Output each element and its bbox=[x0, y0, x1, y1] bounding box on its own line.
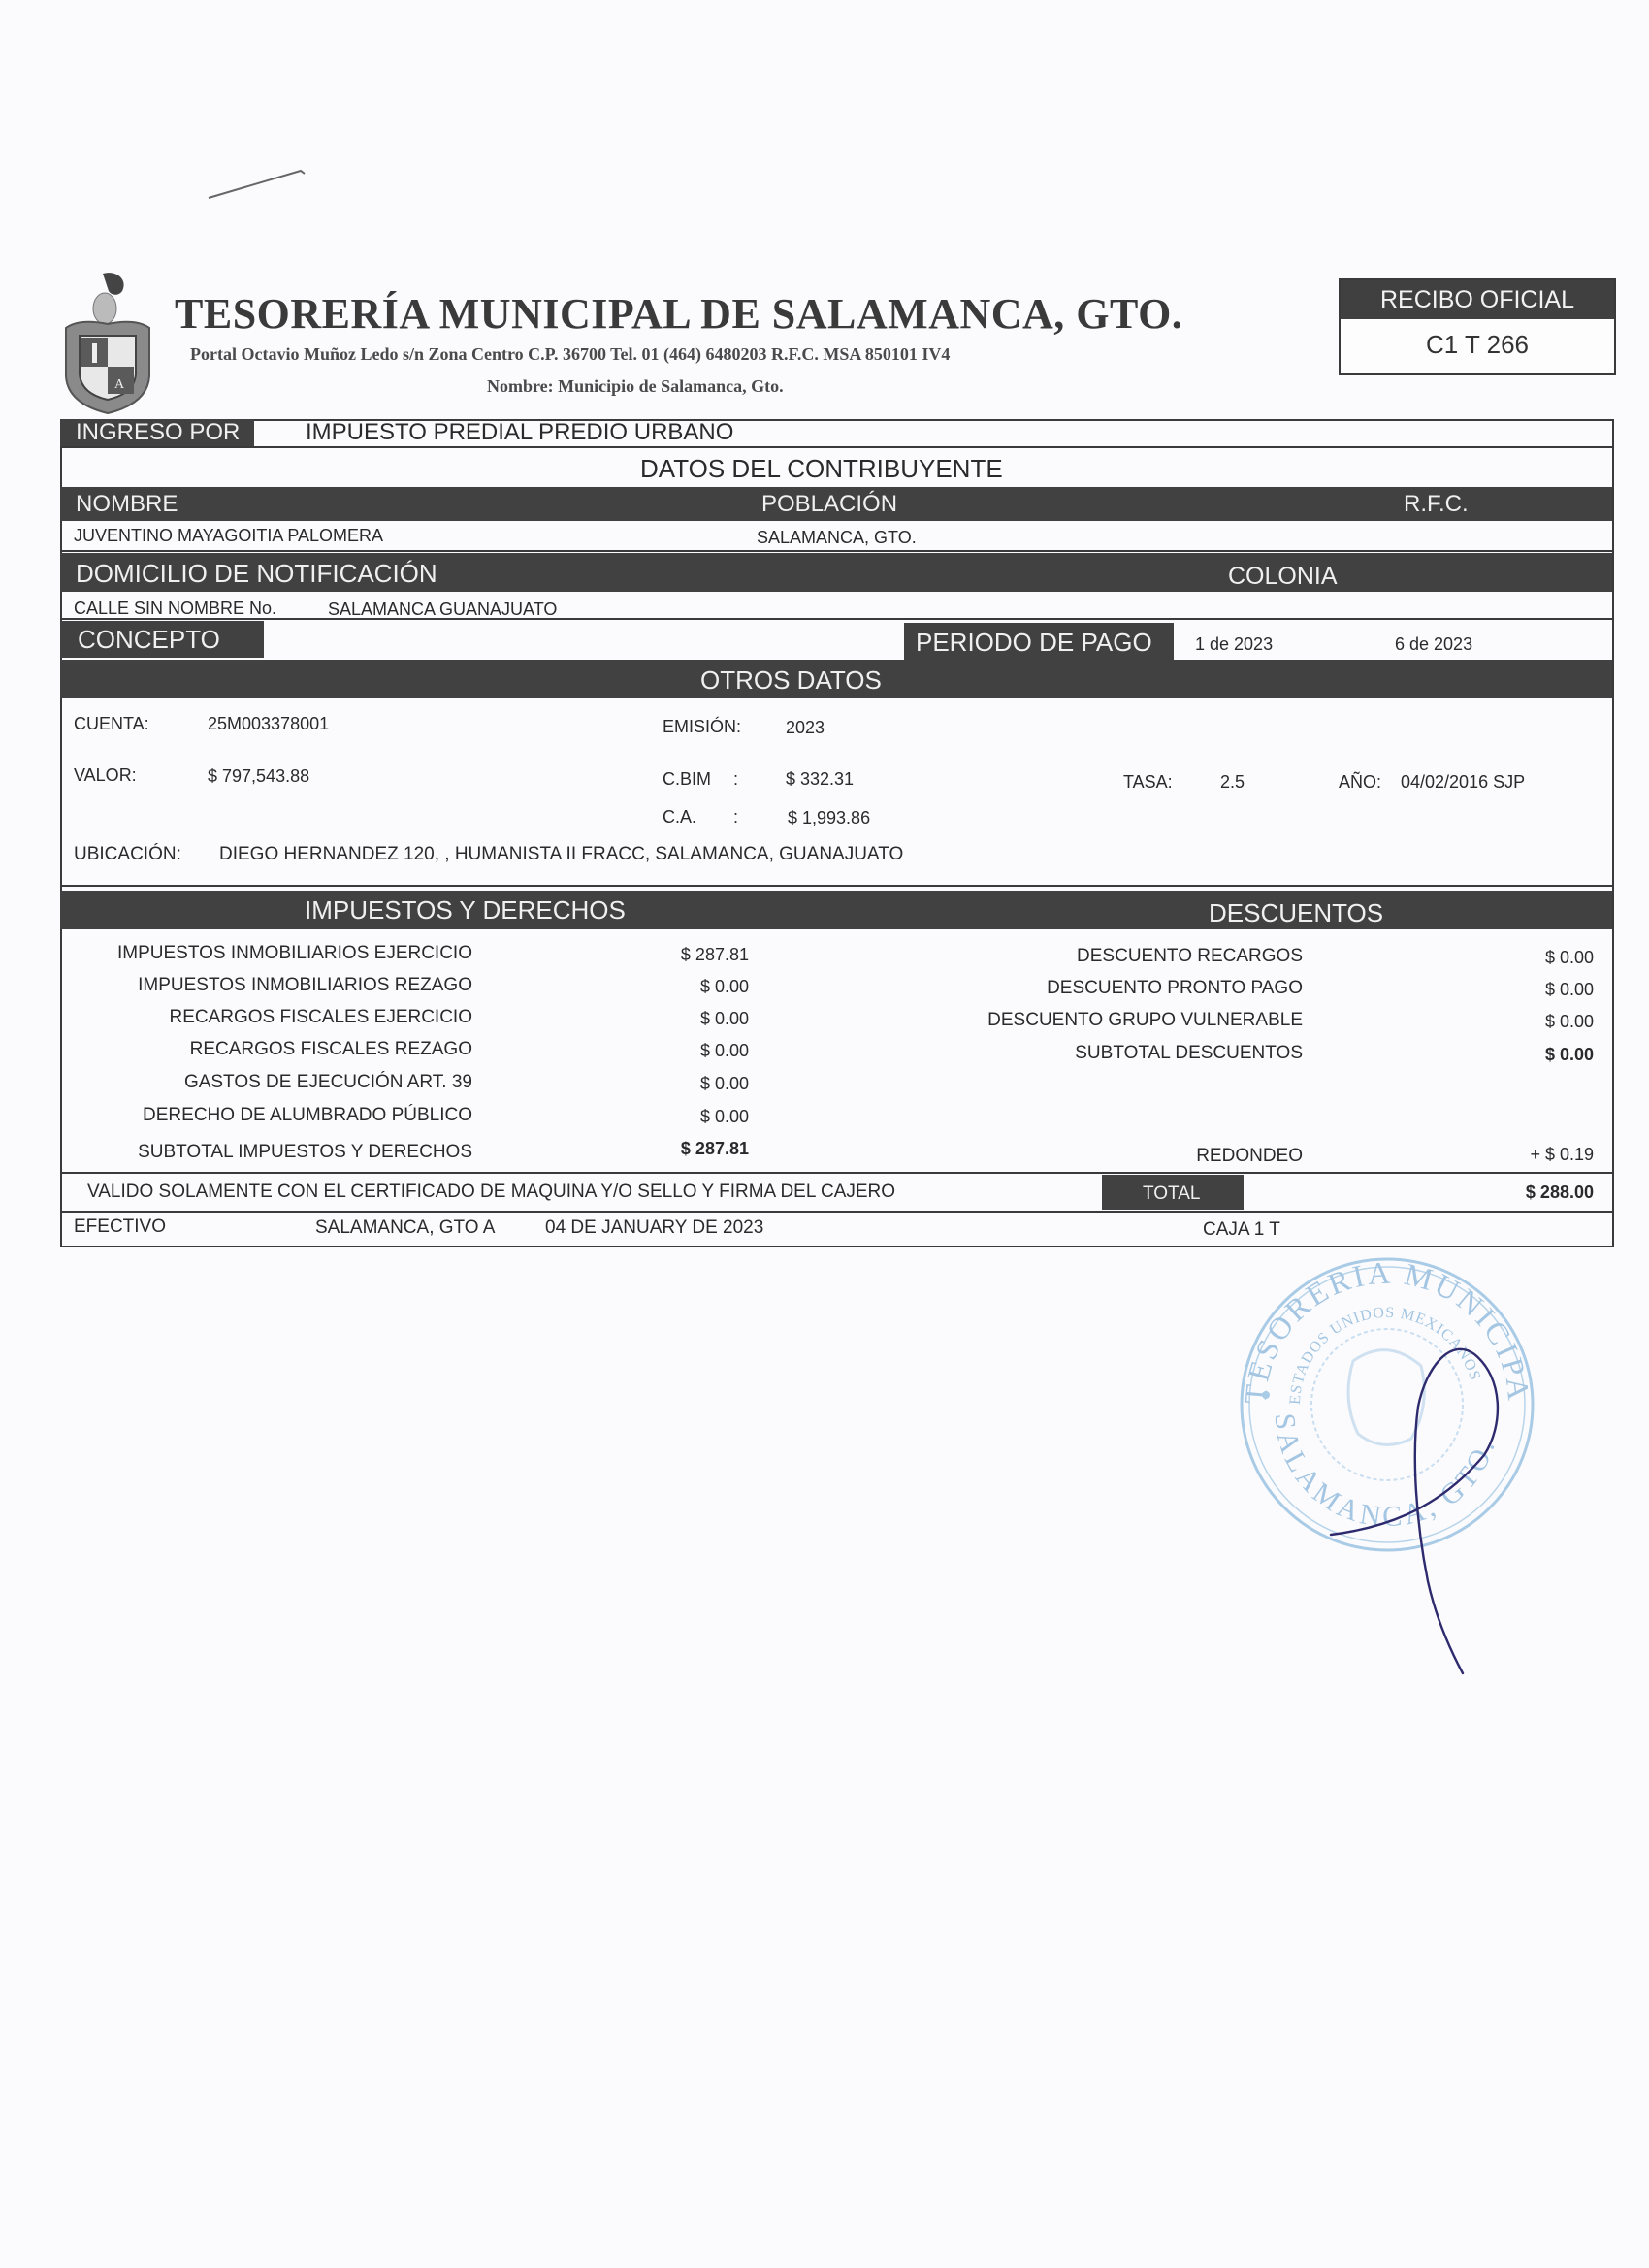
pen-mark bbox=[204, 165, 310, 204]
cashier-signature bbox=[1212, 1232, 1571, 1678]
descuento-amount: $ 0.00 bbox=[1545, 1012, 1594, 1032]
impuesto-amount: $ 0.00 bbox=[700, 1107, 749, 1127]
impuesto-label: RECARGOS FISCALES REZAGO bbox=[190, 1039, 472, 1060]
ca-value: $ 1,993.86 bbox=[788, 808, 870, 828]
periodo-label-cell: PERIODO DE PAGO bbox=[904, 623, 1174, 660]
descuento-label: DESCUENTO GRUPO VULNERABLE bbox=[987, 1010, 1303, 1031]
descuentos-title: DESCUENTOS bbox=[1209, 898, 1383, 928]
otros-datos-title: OTROS DATOS bbox=[700, 665, 882, 696]
otros-datos-header-bar: OTROS DATOS bbox=[60, 660, 1612, 698]
treasury-address: Portal Octavio Muñoz Ledo s/n Zona Centr… bbox=[190, 344, 950, 365]
impuesto-label: IMPUESTOS INMOBILIARIOS REZAGO bbox=[138, 975, 472, 996]
poblacion-value: SALAMANCA, GTO. bbox=[757, 528, 917, 548]
payment-method: EFECTIVO bbox=[74, 1216, 166, 1238]
cbim-value: $ 332.31 bbox=[786, 769, 854, 790]
total-label: TOTAL bbox=[1143, 1183, 1200, 1205]
descuento-amount: $ 0.00 bbox=[1545, 980, 1594, 1000]
impuesto-label: GASTOS DE EJECUCIÓN ART. 39 bbox=[184, 1072, 472, 1093]
validity-note: VALIDO SOLAMENTE CON EL CERTIFICADO DE M… bbox=[87, 1182, 895, 1203]
periodo-label: PERIODO DE PAGO bbox=[916, 628, 1152, 658]
ingreso-label: INGRESO POR bbox=[76, 419, 240, 446]
descuentos-subtotal-label: SUBTOTAL DESCUENTOS bbox=[1075, 1043, 1303, 1064]
impuesto-label: IMPUESTOS INMOBILIARIOS EJERCICIO bbox=[117, 943, 472, 964]
cuenta-value: 25M003378001 bbox=[208, 714, 329, 734]
receipt-box: RECIBO OFICIAL C1 T 266 bbox=[1339, 278, 1616, 375]
ubicacion-value: DIEGO HERNANDEZ 120, , HUMANISTA II FRAC… bbox=[219, 844, 903, 865]
descuento-label: DESCUENTO PRONTO PAGO bbox=[1047, 978, 1303, 999]
total-value: $ 288.00 bbox=[1526, 1183, 1594, 1203]
descuento-amount: $ 0.00 bbox=[1545, 948, 1594, 968]
ingreso-label-cell: INGRESO POR bbox=[60, 419, 254, 446]
redondeo-label: REDONDEO bbox=[1196, 1146, 1303, 1167]
anio-label: AÑO: bbox=[1339, 772, 1381, 793]
cbim-label: C.BIM bbox=[663, 769, 711, 790]
receipt-date: 04 DE JANUARY DE 2023 bbox=[545, 1217, 763, 1239]
ingreso-value: IMPUESTO PREDIAL PREDIO URBANO bbox=[306, 419, 733, 446]
nombre-header-bar: NOMBRE POBLACIÓN R.F.C. bbox=[60, 487, 1612, 521]
cbim-sep: : bbox=[733, 769, 738, 790]
svg-text:A: A bbox=[114, 377, 125, 392]
valor-value: $ 797,543.88 bbox=[208, 766, 309, 787]
redondeo-value: + $ 0.19 bbox=[1530, 1145, 1594, 1165]
tasa-label: TASA: bbox=[1123, 772, 1173, 793]
total-label-cell: TOTAL bbox=[1102, 1175, 1244, 1210]
domicilio-city: SALAMANCA GUANAJUATO bbox=[328, 599, 557, 620]
impuesto-amount: $ 287.81 bbox=[681, 945, 749, 965]
municipal-coat-of-arms-icon: A bbox=[60, 270, 155, 415]
valor-label: VALOR: bbox=[74, 765, 137, 786]
concepto-label: CONCEPTO bbox=[78, 625, 220, 655]
contribuyente-section-title: DATOS DEL CONTRIBUYENTE bbox=[640, 454, 1003, 484]
domicilio-header-bar: DOMICILIO DE NOTIFICACIÓN COLONIA bbox=[60, 553, 1612, 592]
impuesto-amount: $ 0.00 bbox=[700, 1074, 749, 1094]
anio-value: 04/02/2016 SJP bbox=[1401, 772, 1525, 793]
emision-label: EMISIÓN: bbox=[663, 717, 741, 737]
descuentos-subtotal-value: $ 0.00 bbox=[1545, 1045, 1594, 1065]
domicilio-label: DOMICILIO DE NOTIFICACIÓN bbox=[76, 559, 437, 589]
nombre-label: NOMBRE bbox=[76, 491, 178, 518]
ca-label: C.A. bbox=[663, 807, 696, 827]
treasury-name-line: Nombre: Municipio de Salamanca, Gto. bbox=[487, 376, 784, 397]
domicilio-street: CALLE SIN NOMBRE No. bbox=[74, 599, 276, 619]
tasa-value: 2.5 bbox=[1220, 772, 1245, 793]
impuesto-amount: $ 0.00 bbox=[700, 977, 749, 997]
concepto-label-cell: CONCEPTO bbox=[60, 621, 264, 658]
ca-sep: : bbox=[733, 807, 738, 827]
treasury-title: TESORERÍA MUNICIPAL DE SALAMANCA, GTO. bbox=[175, 289, 1182, 339]
rfc-label: R.F.C. bbox=[1404, 491, 1469, 518]
impuesto-amount: $ 0.00 bbox=[700, 1041, 749, 1061]
poblacion-label: POBLACIÓN bbox=[761, 491, 897, 518]
colonia-label: COLONIA bbox=[1228, 563, 1338, 591]
receipt-number: C1 T 266 bbox=[1341, 319, 1614, 372]
impuestos-subtotal-value: $ 287.81 bbox=[681, 1139, 749, 1159]
cuenta-label: CUENTA: bbox=[74, 714, 149, 734]
descuento-label: DESCUENTO RECARGOS bbox=[1077, 946, 1303, 967]
emision-value: 2023 bbox=[786, 718, 824, 738]
ubicacion-label: UBICACIÓN: bbox=[74, 844, 181, 865]
place-date-prefix: SALAMANCA, GTO A bbox=[315, 1217, 495, 1239]
impuestos-title: IMPUESTOS Y DERECHOS bbox=[305, 895, 626, 925]
nombre-value: JUVENTINO MAYAGOITIA PALOMERA bbox=[74, 526, 383, 546]
impuesto-label: RECARGOS FISCALES EJERCICIO bbox=[169, 1007, 472, 1028]
impuesto-amount: $ 0.00 bbox=[700, 1009, 749, 1029]
receipt-label: RECIBO OFICIAL bbox=[1341, 280, 1614, 319]
impuesto-label: DERECHO DE ALUMBRADO PÚBLICO bbox=[143, 1105, 472, 1126]
impuestos-subtotal-label: SUBTOTAL IMPUESTOS Y DERECHOS bbox=[138, 1142, 472, 1163]
periodo-from: 1 de 2023 bbox=[1195, 634, 1273, 655]
impuestos-descuentos-header-bar: IMPUESTOS Y DERECHOS DESCUENTOS bbox=[60, 891, 1612, 929]
periodo-to: 6 de 2023 bbox=[1395, 634, 1472, 655]
